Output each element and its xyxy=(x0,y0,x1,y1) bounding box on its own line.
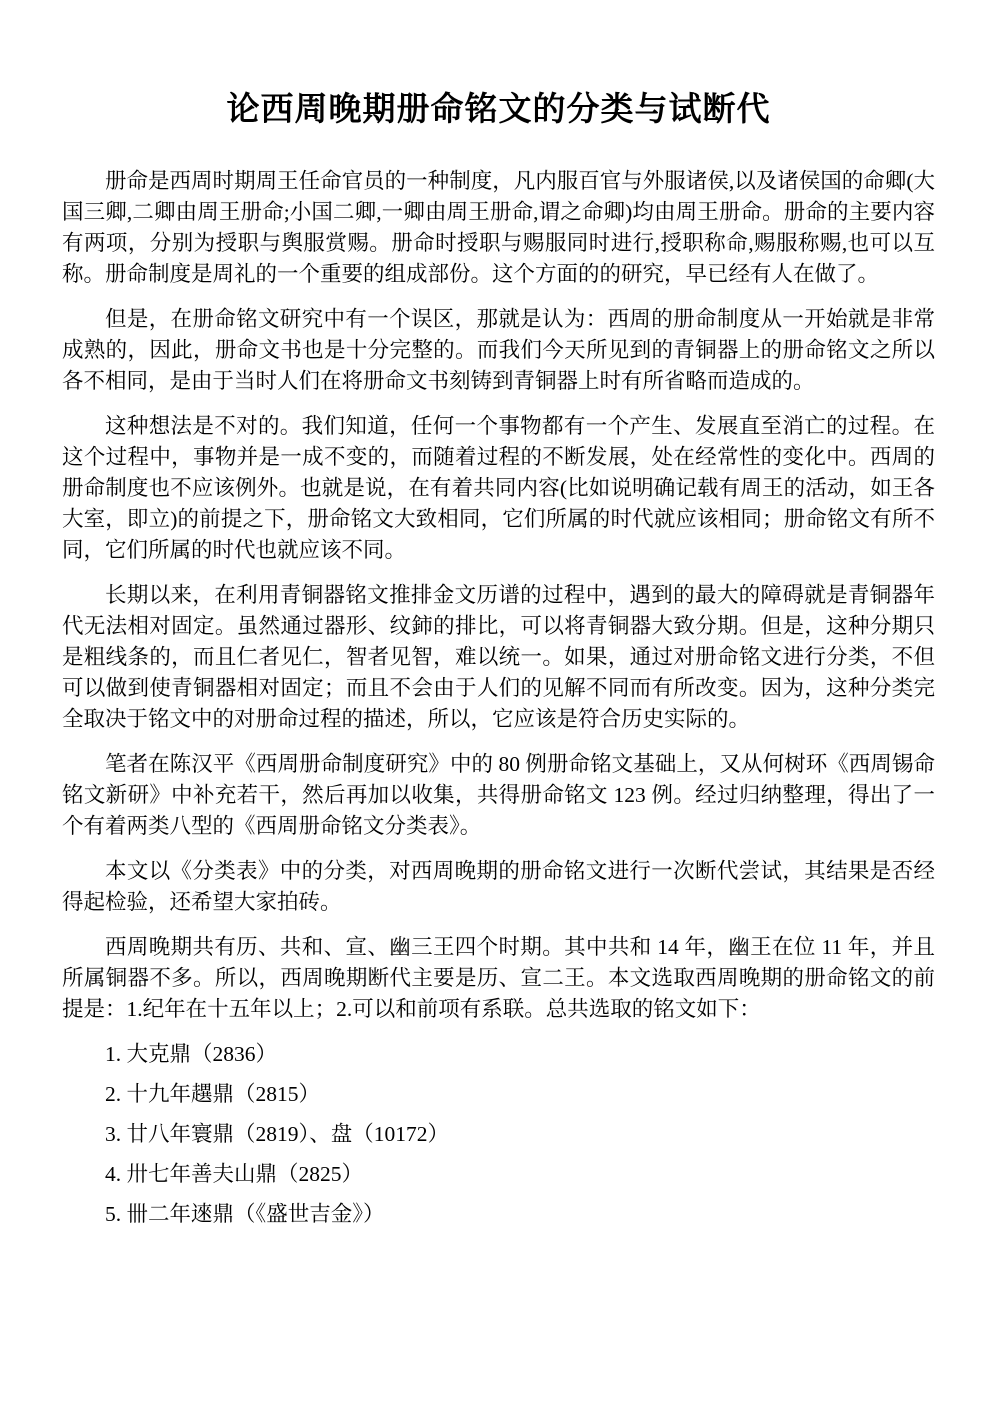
list-item-4: 4. 卅七年善夫山鼎（2825） xyxy=(62,1159,935,1190)
list-item-1: 1. 大克鼎（2836） xyxy=(62,1039,935,1070)
paragraph-2: 但是，在册命铭文研究中有一个误区，那就是认为：西周的册命制度从一开始就是非常成熟… xyxy=(62,304,935,397)
paragraph-6: 本文以《分类表》中的分类，对西周晚期的册命铭文进行一次断代尝试，其结果是否经得起… xyxy=(62,856,935,918)
paragraph-1: 册命是西周时期周王任命官员的一种制度，凡内服百官与外服诸侯,以及诸侯国的命卿(大… xyxy=(62,166,935,290)
list-item-2: 2. 十九年趩鼎（2815） xyxy=(62,1079,935,1110)
paragraph-4: 长期以来，在利用青铜器铭文推排金文历谱的过程中，遇到的最大的障碍就是青铜器年代无… xyxy=(62,580,935,735)
list-item-3: 3. 廿八年寰鼎（2819）、盘（10172） xyxy=(62,1119,935,1150)
paragraph-7: 西周晚期共有历、共和、宣、幽三王四个时期。其中共和 14 年，幽王在位 11 年… xyxy=(62,932,935,1025)
list-item-5: 5. 卌二年逨鼎（《盛世吉金》） xyxy=(62,1199,935,1230)
paragraph-3: 这种想法是不对的。我们知道，任何一个事物都有一个产生、发展直至消亡的过程。在这个… xyxy=(62,411,935,566)
document-page: 论西周晚期册命铭文的分类与试断代 册命是西周时期周王任命官员的一种制度，凡内服百… xyxy=(0,0,992,1403)
paragraph-5: 笔者在陈汉平《西周册命制度研究》中的 80 例册命铭文基础上，又从何树环《西周锡… xyxy=(62,749,935,842)
document-title: 论西周晚期册命铭文的分类与试断代 xyxy=(62,88,935,132)
